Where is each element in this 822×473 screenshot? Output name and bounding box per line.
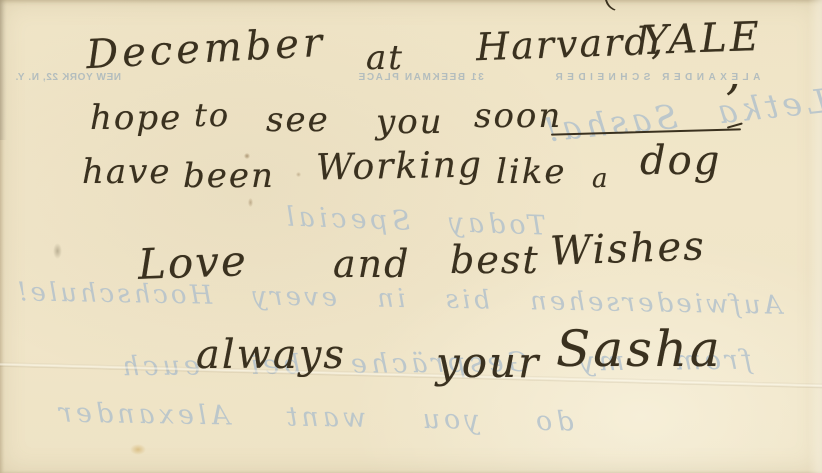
letter-page: Letka Sasha! Today Special Aufwiedersehe… [0, 0, 822, 473]
handwritten-word: you [376, 102, 444, 142]
handwritten-word: at [366, 38, 404, 78]
handwritten-word: like [496, 152, 566, 192]
scan-left-edge [0, 0, 7, 140]
handwritten-word: Harvard, [475, 19, 665, 70]
stray-ink-mark [605, 0, 625, 15]
handwritten-word: Working [316, 145, 484, 189]
handwritten-word: December [85, 20, 327, 79]
handwritten-word: always [196, 332, 346, 378]
handwritten-word: and [333, 242, 410, 286]
handwritten-word: soon [474, 96, 562, 136]
foxing-spot [248, 198, 253, 207]
bleedthrough-line: Today Special [282, 201, 547, 241]
scan-right-edge [808, 0, 822, 473]
handwritten-word: your [436, 338, 540, 387]
foxing-spot [53, 243, 62, 259]
handwritten-word: Love [137, 236, 248, 289]
handwritten-word: dog [640, 138, 721, 184]
handwritten-word: Wishes [549, 223, 706, 274]
handwritten-word: YALE [641, 14, 762, 64]
handwritten-word: have [82, 152, 172, 192]
handwritten-word: to [194, 96, 230, 134]
foxing-spot [130, 444, 146, 455]
signature: Sasha [556, 320, 723, 378]
handwritten-word: best [450, 238, 540, 282]
handwritten-word: see [266, 100, 330, 140]
handwritten-word: been [183, 156, 275, 196]
handwritten-comma: , [726, 46, 743, 100]
handwritten-word: a [592, 164, 610, 194]
handwritten-word: hope [90, 98, 182, 138]
bleedthrough-line: do you want Alexander [55, 397, 574, 437]
foxing-spot [296, 172, 301, 177]
